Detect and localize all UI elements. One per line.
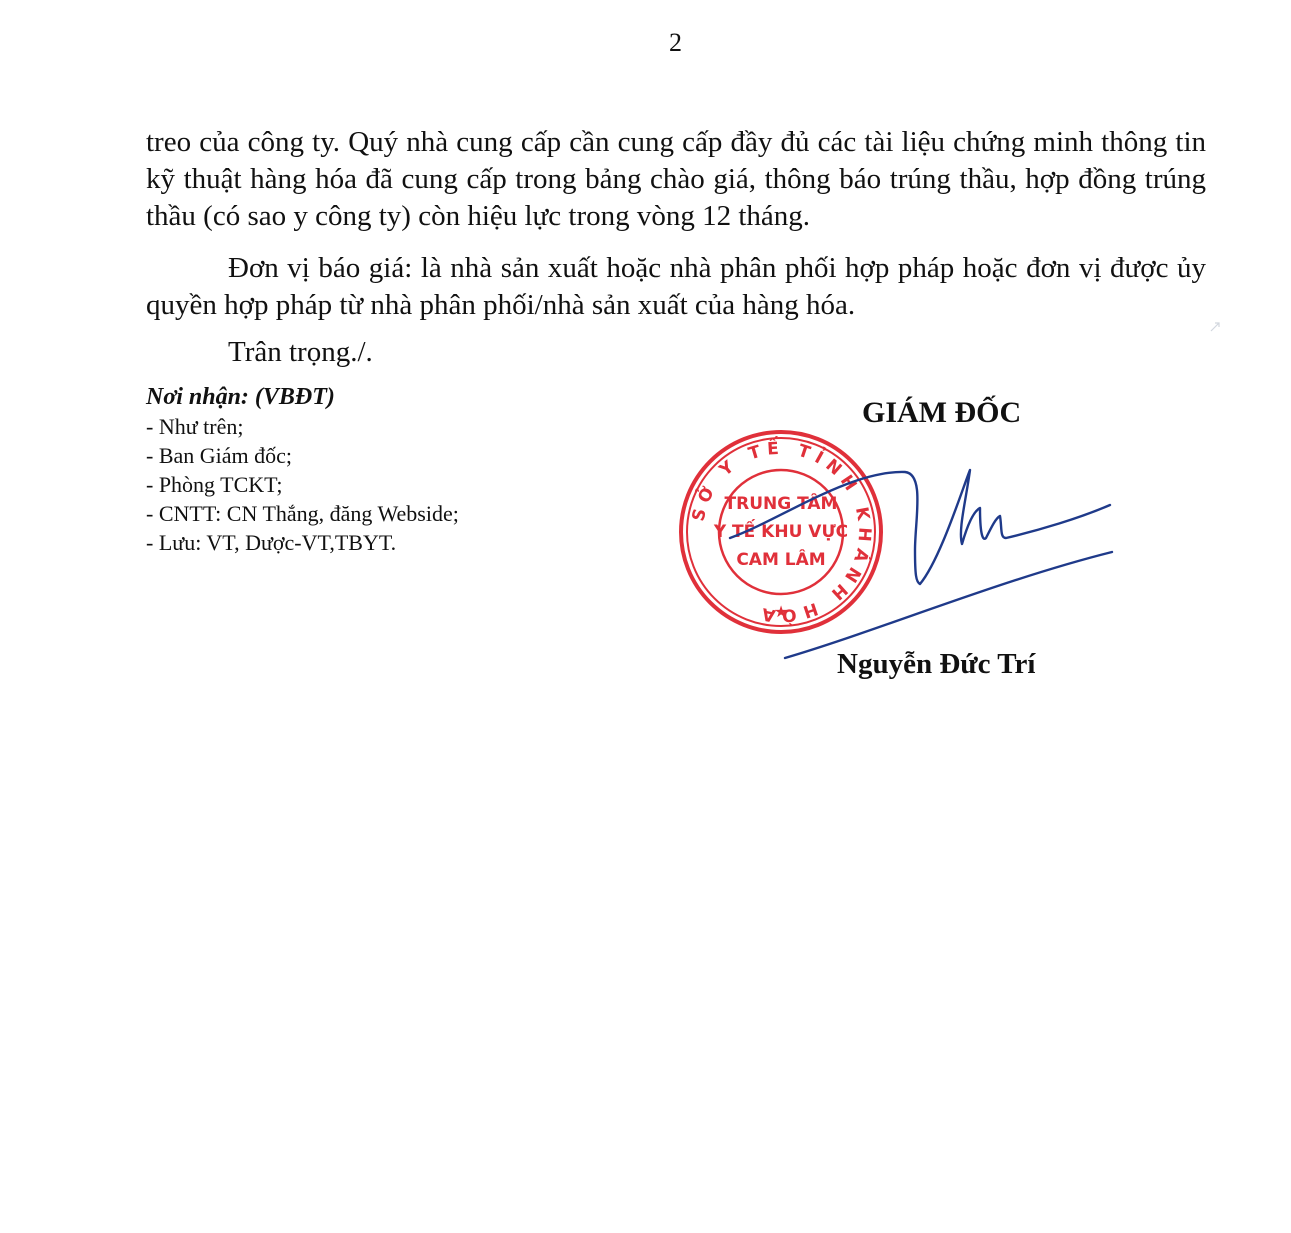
signer-title: GIÁM ĐỐC <box>862 396 1021 430</box>
recipients-block: Nơi nhận: (VBĐT) - Như trên; - Ban Giám … <box>146 383 459 557</box>
recipient-item: - Phòng TCKT; <box>146 470 459 499</box>
page-number: 2 <box>0 28 1291 58</box>
handwritten-signature-icon <box>700 460 1130 670</box>
signer-name: Nguyễn Đức Trí <box>837 648 1035 681</box>
recipient-item: - Như trên; <box>146 412 459 441</box>
scan-artifact-icon <box>1210 322 1220 332</box>
recipient-item: - Ban Giám đốc; <box>146 441 459 470</box>
recipient-item: - CNTT: CN Thắng, đăng Webside; <box>146 499 459 528</box>
recipient-item: - Lưu: VT, Dược-VT,TBYT. <box>146 528 459 557</box>
body-paragraph-1: treo của công ty. Quý nhà cung cấp cần c… <box>146 124 1206 235</box>
body-paragraph-2: Đơn vị báo giá: là nhà sản xuất hoặc nhà… <box>146 250 1206 324</box>
closing-line: Trân trọng./. <box>228 336 373 369</box>
recipients-list: - Như trên; - Ban Giám đốc; - Phòng TCKT… <box>146 412 459 557</box>
recipients-heading: Nơi nhận: (VBĐT) <box>146 383 459 412</box>
